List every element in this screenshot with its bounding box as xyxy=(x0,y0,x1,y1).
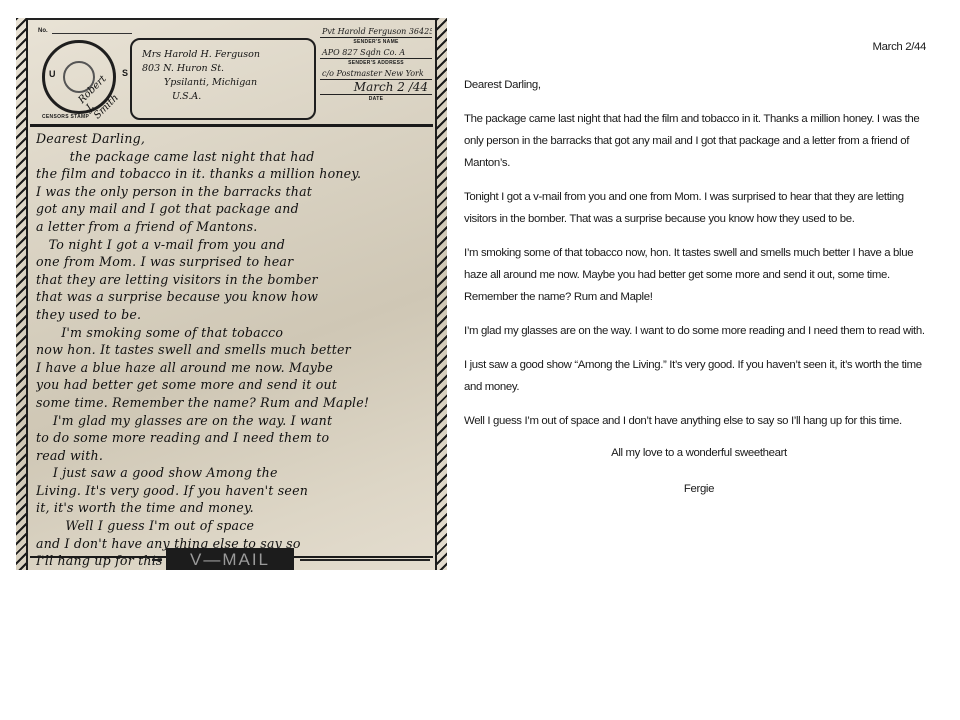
recipient-city: Ypsilanti, Michigan xyxy=(142,76,304,90)
handwritten-line: a letter from a friend of Mantons. xyxy=(36,218,429,236)
censor-stamp-label: CENSORS STAMP xyxy=(42,114,89,120)
handwritten-line: it, it's worth the time and money. xyxy=(36,499,429,517)
sender-address-handwritten-2: c/o Postmaster New York xyxy=(320,68,432,80)
handwritten-line: that was a surprise because you know how xyxy=(36,288,429,306)
vmail-rule-left xyxy=(152,559,162,561)
letter-greeting: Dearest Darling, xyxy=(464,74,934,96)
vmail-rule-right xyxy=(300,559,430,561)
sender-name-handwritten: Pvt Harold Ferguson 36425174 xyxy=(320,26,432,38)
letter-paragraph: The package came last night that had the… xyxy=(464,108,934,174)
vmail-scan-image: No. U Robert J. Smith S CENSORS STAMP Mr… xyxy=(16,18,447,570)
handwritten-line: some time. Remember the name? Rum and Ma… xyxy=(36,394,429,412)
handwritten-line: they used to be. xyxy=(36,306,429,324)
handwritten-line: got any mail and I got that package and xyxy=(36,200,429,218)
sender-address-handwritten-1: APO 827 Sqdn Co. A xyxy=(320,47,432,59)
censor-stamp-s: S xyxy=(122,68,128,78)
handwritten-line: now hon. It tastes swell and smells much… xyxy=(36,341,429,359)
letter-date: March 2/44 xyxy=(464,36,934,58)
handwritten-line: Dearest Darling, xyxy=(36,130,429,148)
handwritten-line: the package came last night that had xyxy=(36,148,429,166)
recipient-address-box: Mrs Harold H. Ferguson 803 N. Huron St. … xyxy=(130,38,316,120)
handwritten-line: you had better get some more and send it… xyxy=(36,376,429,394)
handwritten-line: read with. xyxy=(36,447,429,465)
sender-address-caption: SENDER'S ADDRESS xyxy=(320,60,432,66)
letter-paragraph: Well I guess I’m out of space and I don’… xyxy=(464,410,934,432)
handwritten-letter-body: Dearest Darling, the package came last n… xyxy=(36,130,429,570)
handwritten-line: I'm glad my glasses are on the way. I wa… xyxy=(36,412,429,430)
form-number-line xyxy=(52,33,132,34)
form-header-divider xyxy=(30,124,433,127)
recipient-street: 803 N. Huron St. xyxy=(142,62,304,76)
left-hatched-border xyxy=(16,18,28,570)
handwritten-line: To night I got a v-mail from you and xyxy=(36,236,429,254)
handwritten-line: I just saw a good show Among the xyxy=(36,464,429,482)
censor-stamp-circle: U Robert J. Smith xyxy=(42,40,116,114)
letter-paragraph: I’m glad my glasses are on the way. I wa… xyxy=(464,320,934,342)
letter-signature: Fergie xyxy=(464,478,934,500)
date-handwritten: March 2 /44 xyxy=(320,80,432,95)
handwritten-line: Well I guess I'm out of space xyxy=(36,517,429,535)
handwritten-line: that they are letting visitors in the bo… xyxy=(36,271,429,289)
handwritten-line: the film and tobacco in it. thanks a mil… xyxy=(36,165,429,183)
form-number-label: No. xyxy=(38,28,48,34)
right-hatched-border xyxy=(435,18,447,570)
letter-paragraph: I’m smoking some of that tobacco now, ho… xyxy=(464,242,934,308)
handwritten-line: Living. It's very good. If you haven't s… xyxy=(36,482,429,500)
recipient-country: U.S.A. xyxy=(142,90,304,104)
date-caption: DATE xyxy=(320,96,432,102)
sender-name-caption: SENDER'S NAME xyxy=(320,39,432,45)
handwritten-line: I'm smoking some of that tobacco xyxy=(36,324,429,342)
letter-transcription: March 2/44 Dearest Darling, The package … xyxy=(464,36,934,500)
handwritten-line: I have a blue haze all around me now. Ma… xyxy=(36,359,429,377)
handwritten-line: one from Mom. I was surprised to hear xyxy=(36,253,429,271)
recipient-name: Mrs Harold H. Ferguson xyxy=(142,48,304,62)
form-top-rule xyxy=(28,18,435,20)
letter-closing: All my love to a wonderful sweetheart xyxy=(464,442,934,464)
handwritten-line: to do some more reading and I need them … xyxy=(36,429,429,447)
letter-paragraph: I just saw a good show “Among the Living… xyxy=(464,354,934,398)
vmail-badge: V—MAIL xyxy=(166,548,294,570)
letter-paragraph: Tonight I got a v-mail from you and one … xyxy=(464,186,934,230)
sender-info-block: Pvt Harold Ferguson 36425174 SENDER'S NA… xyxy=(320,26,432,104)
handwritten-line: I was the only person in the barracks th… xyxy=(36,183,429,201)
censor-stamp-u: U xyxy=(49,69,56,79)
